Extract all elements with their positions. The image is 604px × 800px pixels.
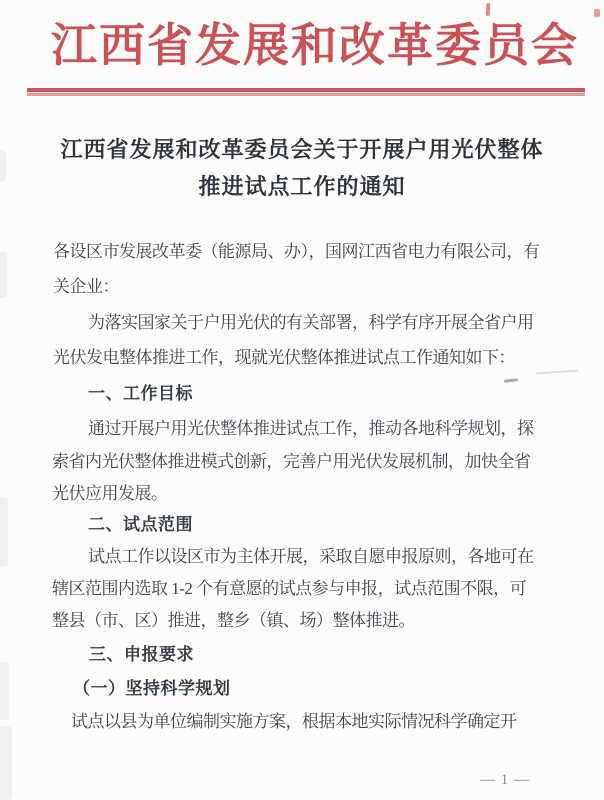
- recipients-line-2: 关企业：: [53, 277, 119, 297]
- section-3-subheading: （一）坚持科学规划: [73, 679, 231, 699]
- document-title: 江西省发展和改革委员会关于开展户用光伏整体 推进试点工作的通知: [0, 131, 604, 205]
- scanned-document-page: 江西省发展和改革委员会 江西省发展和改革委员会关于开展户用光伏整体 推进试点工作…: [0, 0, 604, 800]
- section-1-line-1: 通过开展户用光伏整体推进试点工作，推动各地科学规划，探: [88, 419, 534, 439]
- document-title-line1: 江西省发展和改革委员会关于开展户用光伏整体: [0, 131, 604, 168]
- red-scan-speck: [486, 3, 491, 16]
- section-2-line-3: 整县（市、区）推进，整乡（镇、场）整体推进。: [52, 611, 415, 631]
- scan-edge-shadow: [0, 252, 7, 298]
- scan-smudge-line: [536, 370, 578, 375]
- section-3-line-1: 试点以县为单位编制实施方案，根据本地实际情况科学确定开: [71, 712, 517, 732]
- scan-edge-shadow: [0, 726, 12, 800]
- page-number: — 1 —: [480, 772, 530, 789]
- recipients-line-1: 各设区市发展改革委（能源局、办），国网江西省电力有限公司，有: [53, 242, 540, 262]
- scan-edge-shadow: [0, 497, 8, 567]
- section-1-line-2: 索省内光伏整体推进模式创新，完善户用光伏发展机制，加快全省: [52, 452, 531, 472]
- intro-line-1: 为落实国家关于户用光伏的有关部署，科学有序开展全省户用: [88, 313, 534, 333]
- section-2-line-1: 试点工作以设区市为主体开展，采取自愿申报原则，各地可在: [88, 547, 534, 567]
- red-divider-rule: [27, 88, 585, 96]
- section-3-heading: 三、申报要求: [89, 645, 194, 665]
- section-2-heading: 二、试点范围: [88, 515, 193, 535]
- intro-line-2: 光伏发电整体推进工作，现就光伏整体推进试点工作通知如下：: [53, 348, 515, 368]
- agency-letterhead: 江西省发展和改革委员会: [13, 20, 604, 72]
- section-1-line-3: 光伏应用发展。: [52, 484, 168, 504]
- scan-edge-shadow: [0, 662, 9, 720]
- section-1-heading: 一、工作目标: [88, 384, 193, 404]
- section-2-line-2: 辖区范围内选取 1-2 个有意愿的试点参与申报，试点范围不限，可: [52, 579, 526, 599]
- scan-smudge-dash: [504, 378, 518, 382]
- document-title-line2: 推进试点工作的通知: [0, 168, 604, 205]
- red-scan-speck: [594, 9, 600, 17]
